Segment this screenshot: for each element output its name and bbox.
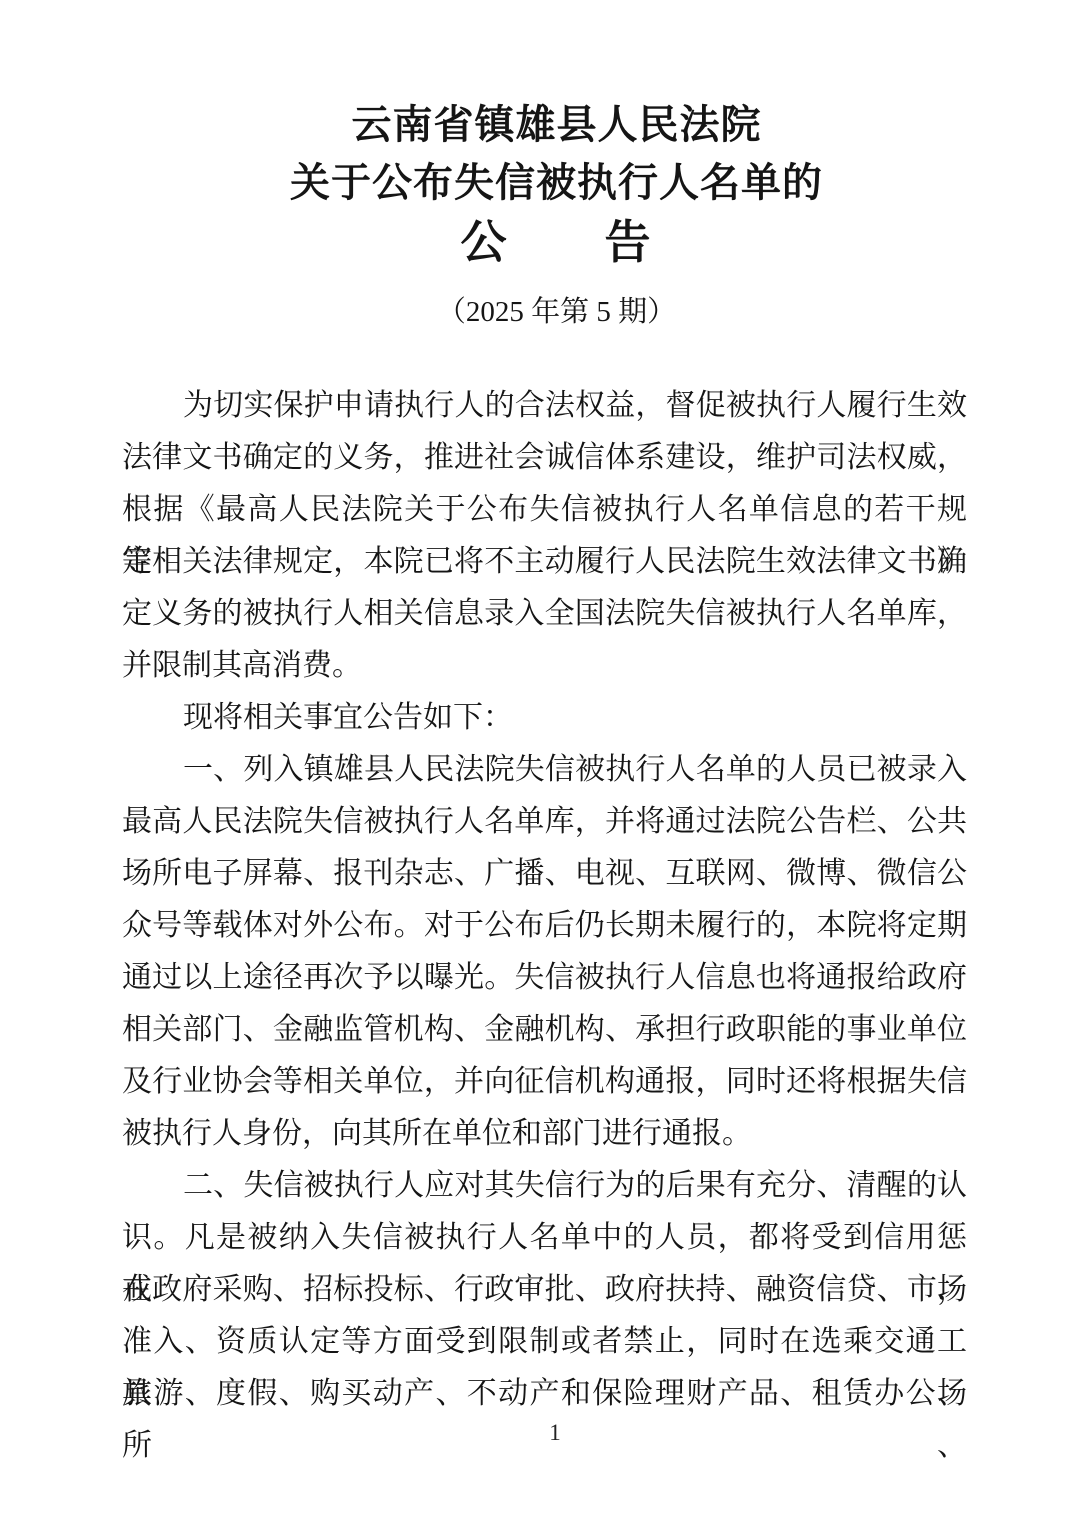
- body-text-line: 为切实保护申请执行人的合法权益，督促被执行人履行生效: [122, 380, 967, 432]
- body-text-line: 场所电子屏幕、报刊杂志、广播、电视、互联网、微博、微信公: [122, 848, 967, 900]
- body-text-line: 并限制其高消费。: [122, 640, 967, 692]
- body-text-line: 二、失信被执行人应对其失信行为的后果有充分、清醒的认: [122, 1160, 967, 1212]
- body-text-line: 最高人民法院失信被执行人名单库，并将通过法院公告栏、公共: [122, 796, 967, 848]
- page-footer: 1: [0, 1418, 1080, 1448]
- doc-issue-number: （2025 年第 5 期）: [146, 292, 967, 332]
- doc-title-subject: 关于公布失信被执行人名单的: [146, 154, 967, 212]
- body-text-line: 被执行人身份，向其所在单位和部门进行通报。: [122, 1108, 967, 1160]
- body-text-line: 通过以上途径再次予以曝光。失信被执行人信息也将通报给政府: [122, 952, 967, 1004]
- page-number: 1: [549, 1420, 561, 1445]
- body-text-line: 旅游、度假、购买动产、不动产和保险理财产品、租赁办公场所、: [122, 1368, 967, 1420]
- doc-body: 为切实保护申请执行人的合法权益，督促被执行人履行生效法律文书确定的义务，推进社会…: [122, 380, 967, 1420]
- document-page: 云南省镇雄县人民法院 关于公布失信被执行人名单的 公 告 （2025 年第 5 …: [0, 0, 1080, 1527]
- body-text-line: 识。凡是被纳入失信被执行人名单中的人员，都将受到信用惩戒，: [122, 1212, 967, 1264]
- doc-title-court-name: 云南省镇雄县人民法院: [146, 96, 967, 154]
- doc-title-announcement: 公 告: [146, 212, 967, 274]
- body-text-line: 一、列入镇雄县人民法院失信被执行人名单的人员已被录入: [122, 744, 967, 796]
- document-header: 云南省镇雄县人民法院 关于公布失信被执行人名单的 公 告 （2025 年第 5 …: [122, 96, 967, 332]
- body-text-line: 相关部门、金融监管机构、金融机构、承担行政职能的事业单位: [122, 1004, 967, 1056]
- body-text-line: 众号等载体对外公布。对于公布后仍长期未履行的，本院将定期: [122, 900, 967, 952]
- body-text-line: 等相关法律规定，本院已将不主动履行人民法院生效法律文书确: [122, 536, 967, 588]
- body-text-line: 在政府采购、招标投标、行政审批、政府扶持、融资信贷、市场: [122, 1264, 967, 1316]
- body-text-line: 及行业协会等相关单位，并向征信机构通报，同时还将根据失信: [122, 1056, 967, 1108]
- body-text-line: 根据《最高人民法院关于公布失信被执行人名单信息的若干规定》: [122, 484, 967, 536]
- body-text-line: 法律文书确定的义务，推进社会诚信体系建设，维护司法权威，: [122, 432, 967, 484]
- body-text-line: 准入、资质认定等方面受到限制或者禁止，同时在选乘交通工具、: [122, 1316, 967, 1368]
- body-text-line: 现将相关事宜公告如下：: [122, 692, 967, 744]
- body-text-line: 定义务的被执行人相关信息录入全国法院失信被执行人名单库，: [122, 588, 967, 640]
